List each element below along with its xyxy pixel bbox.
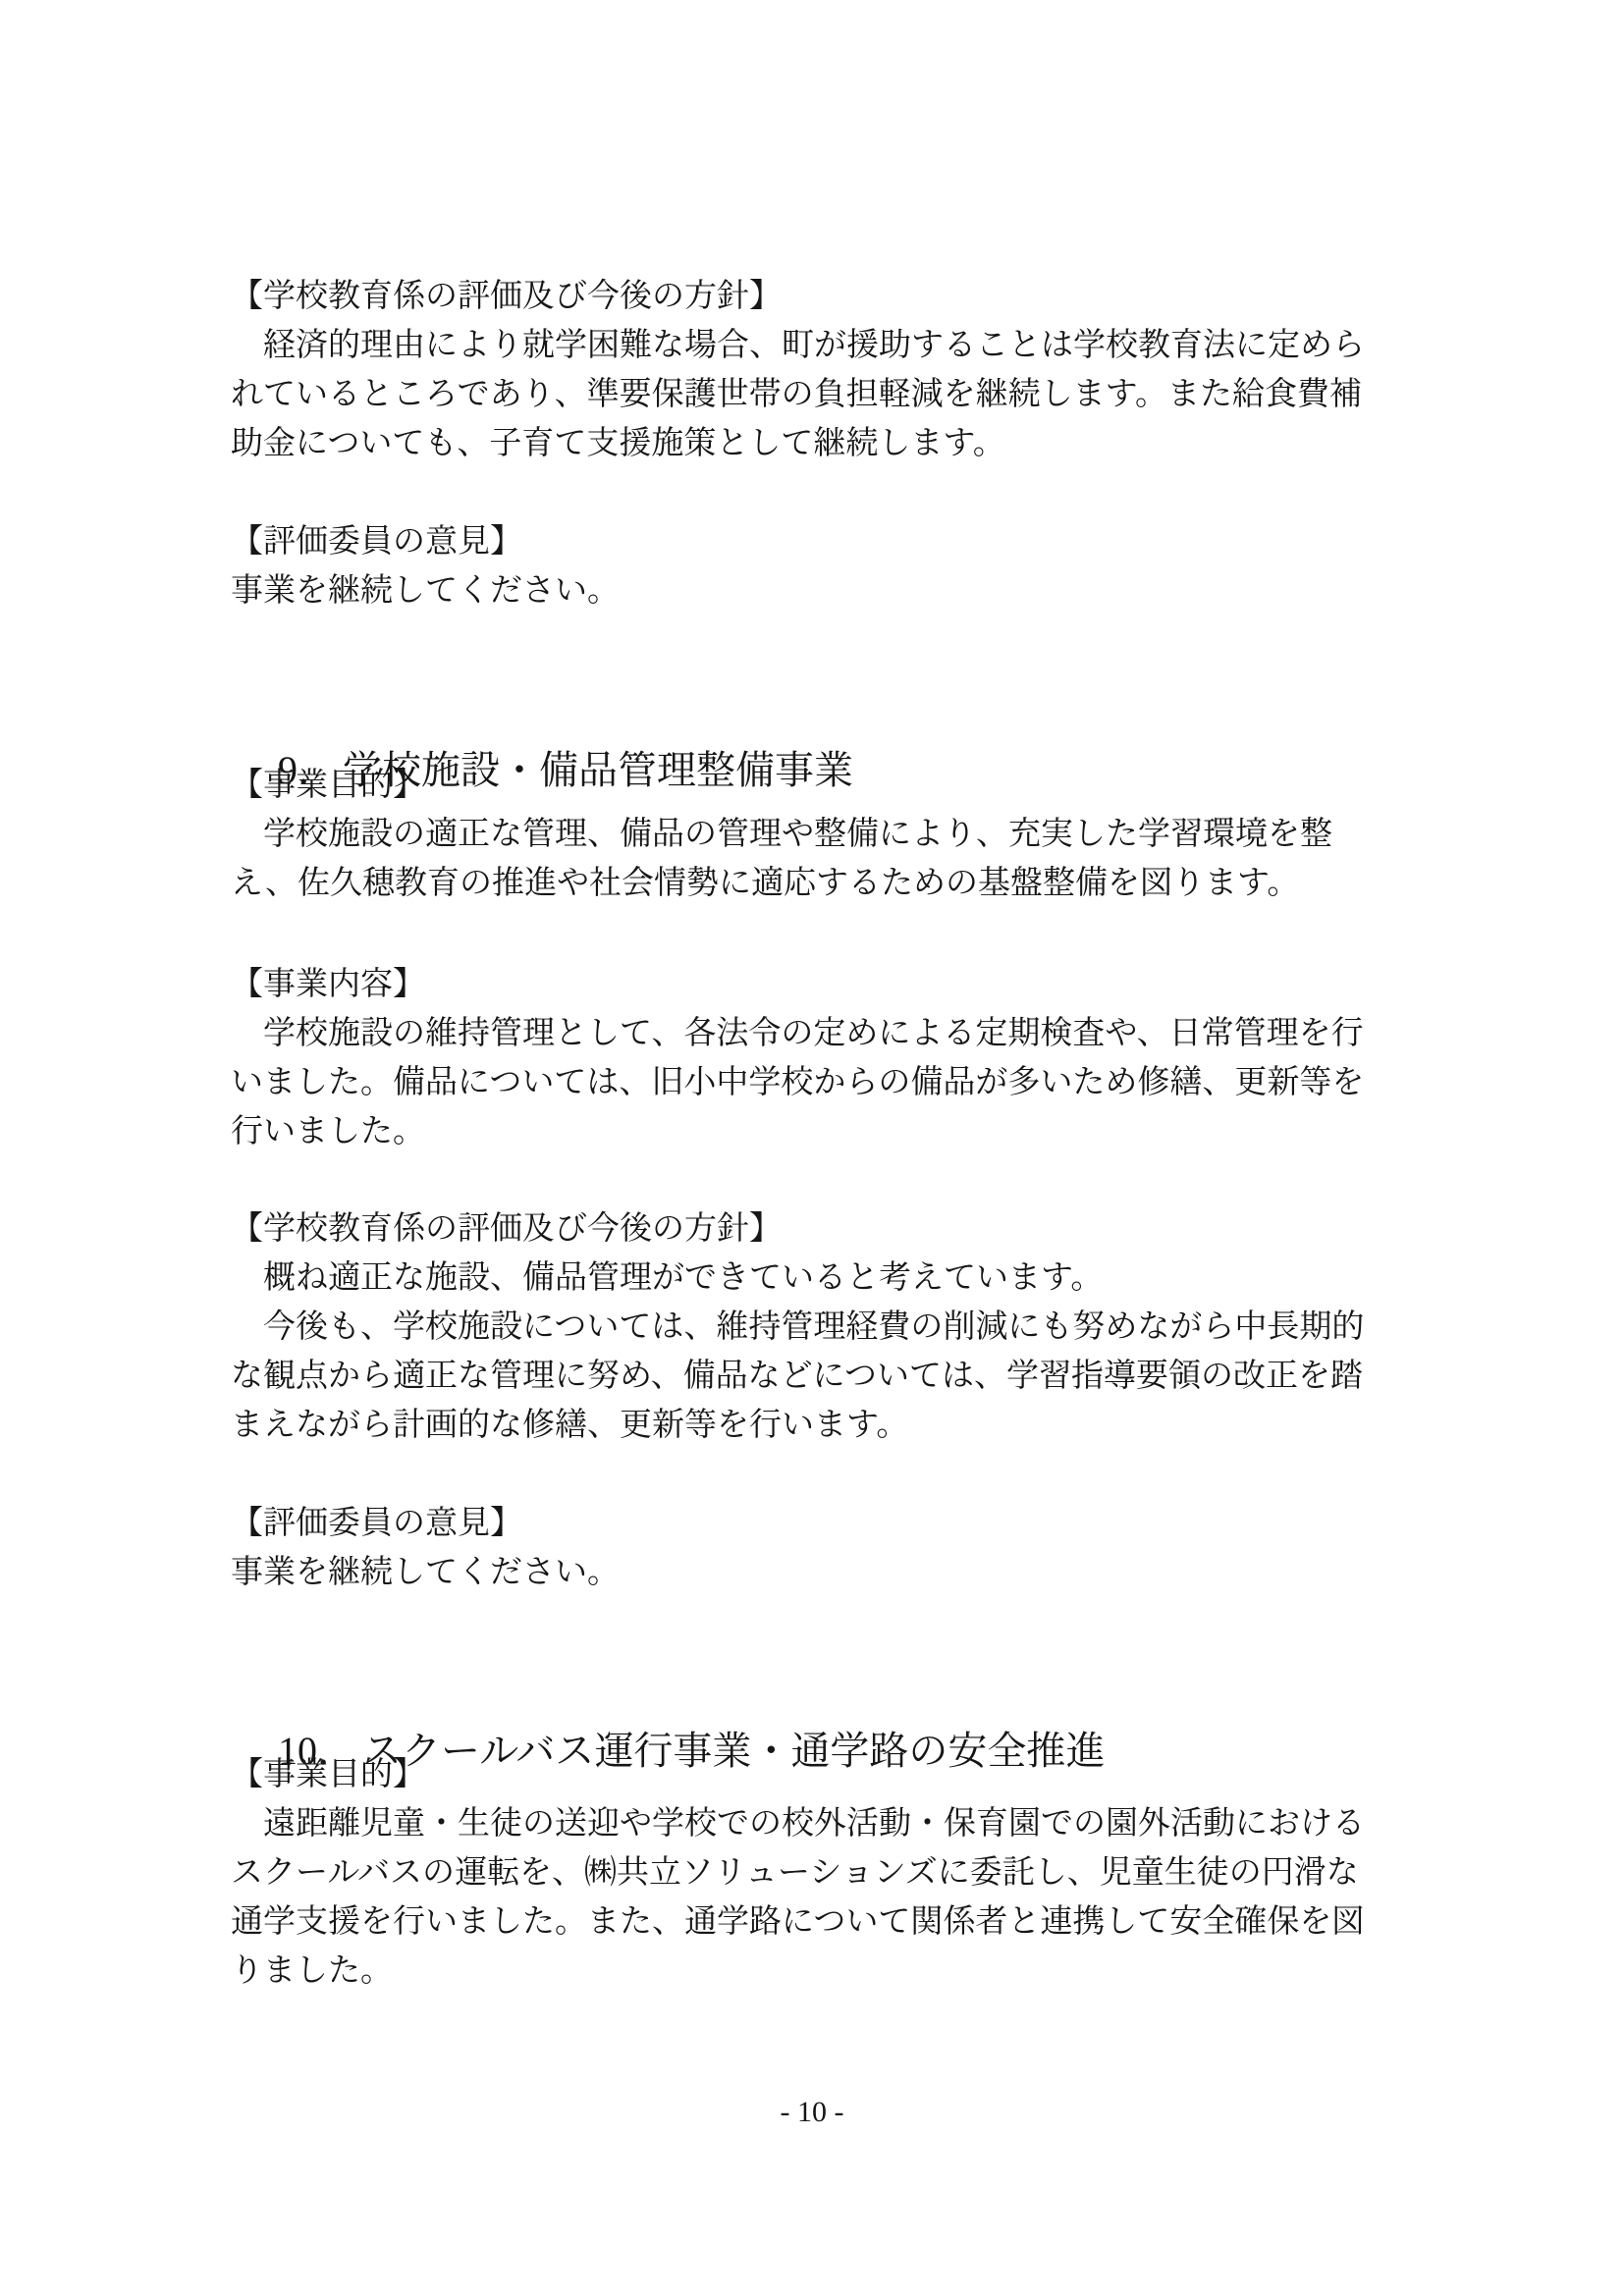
paragraph-line: いました。備品については、旧小中学校からの備品が多いため修繕、更新等を [231, 1058, 1389, 1107]
paragraph-line: 概ね適正な施設、備品管理ができていると考えています。 [231, 1254, 1389, 1303]
section-label: 【事業目的】 [231, 761, 1389, 810]
section9-activities-block: 【事業内容】 学校施設の維持管理として、各法令の定めによる定期検査や、日常管理を… [231, 960, 1389, 1156]
paragraph-line: れているところであり、準要保護世帯の負担軽減を継続します。また給食費補 [231, 370, 1389, 419]
paragraph-line: 経済的理由により就学困難な場合、町が援助することは学校教育法に定めら [231, 321, 1389, 370]
paragraph-line: 事業を継続してください。 [231, 566, 1389, 615]
section-label: 【学校教育係の評価及び今後の方針】 [231, 1204, 1389, 1254]
paragraph-line: 助金についても、子育て支援施策として継続します。 [231, 419, 1389, 468]
section-label: 【事業内容】 [231, 960, 1389, 1009]
section-label: 【評価委員の意見】 [231, 517, 1389, 566]
paragraph-line: 通学支援を行いました。また、通学路について関係者と連携して安全確保を図 [231, 1897, 1389, 1947]
paragraph-line: 学校施設の適正な管理、備品の管理や整備により、充実した学習環境を整 [231, 810, 1389, 859]
paragraph-line: え、佐久穂教育の推進や社会情勢に適応するための基盤整備を図ります。 [231, 859, 1389, 908]
section-label: 【評価委員の意見】 [231, 1499, 1389, 1548]
section8-staff-evaluation-block: 【学校教育係の評価及び今後の方針】 経済的理由により就学困難な場合、町が援助する… [231, 272, 1389, 468]
page-footer: - 10 - [0, 2091, 1624, 2134]
page-number: - 10 - [781, 2096, 844, 2128]
section9-staff-evaluation-block: 【学校教育係の評価及び今後の方針】 概ね適正な施設、備品管理ができていると考えて… [231, 1204, 1389, 1450]
section-label: 【事業目的】 [231, 1750, 1389, 1799]
section8-committee-opinion-block: 【評価委員の意見】 事業を継続してください。 [231, 517, 1389, 615]
paragraph-line: 今後も、学校施設については、維持管理経費の削減にも努めながら中長期的 [231, 1303, 1389, 1352]
section-label: 【学校教育係の評価及び今後の方針】 [231, 272, 1389, 321]
paragraph-line: りました。 [231, 1947, 1389, 1996]
section9-committee-opinion-block: 【評価委員の意見】 事業を継続してください。 [231, 1499, 1389, 1597]
paragraph-line: な観点から適正な管理に努め、備品などについては、学習指導要領の改正を踏 [231, 1352, 1389, 1401]
paragraph-line: まえながら計画的な修繕、更新等を行います。 [231, 1401, 1389, 1450]
document-page: 【学校教育係の評価及び今後の方針】 経済的理由により就学困難な場合、町が援助する… [0, 0, 1624, 2296]
section10-purpose-block: 【事業目的】 遠距離児童・生徒の送迎や学校での校外活動・保育園での園外活動におけ… [231, 1750, 1389, 1996]
paragraph-line: スクールバスの運転を、㈱共立ソリューションズに委託し、児童生徒の円滑な [231, 1848, 1389, 1897]
paragraph-line: 遠距離児童・生徒の送迎や学校での校外活動・保育園での園外活動における [231, 1799, 1389, 1848]
section9-purpose-block: 【事業目的】 学校施設の適正な管理、備品の管理や整備により、充実した学習環境を整… [231, 761, 1389, 908]
paragraph-line: 学校施設の維持管理として、各法令の定めによる定期検査や、日常管理を行 [231, 1009, 1389, 1058]
paragraph-line: 事業を継続してください。 [231, 1548, 1389, 1597]
paragraph-line: 行いました。 [231, 1107, 1389, 1156]
